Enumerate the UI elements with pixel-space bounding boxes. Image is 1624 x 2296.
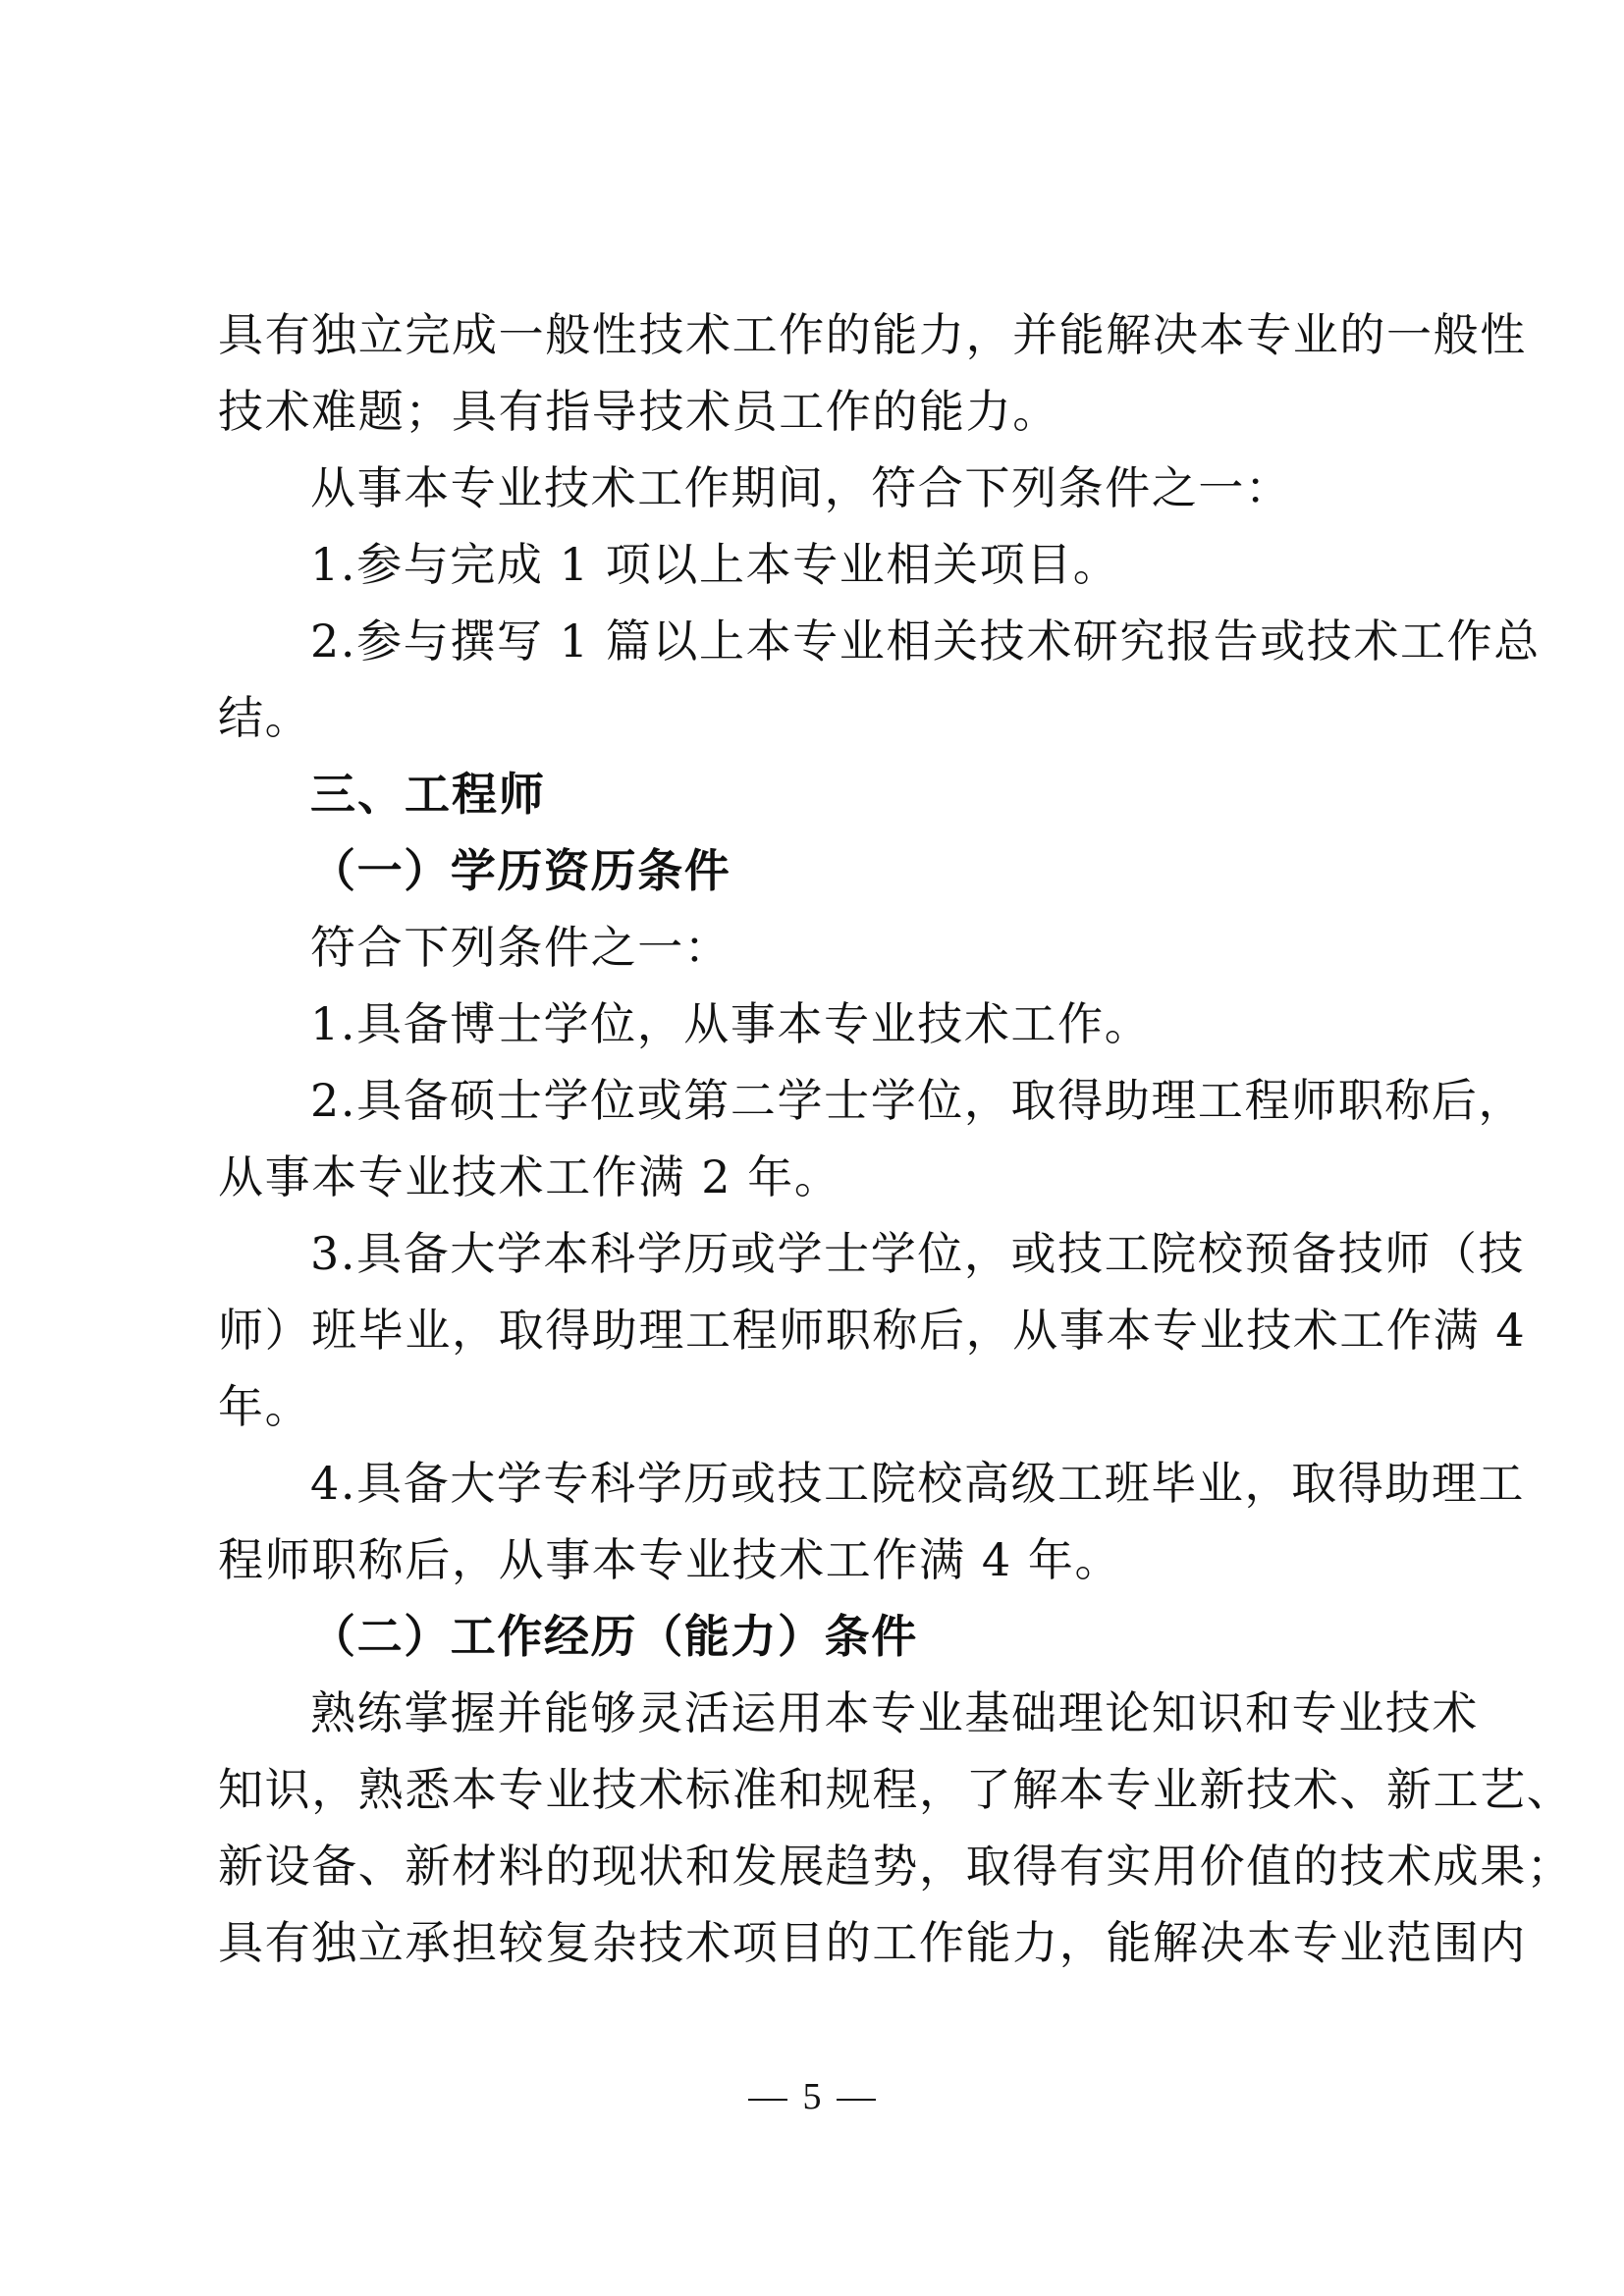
list-item: 4.具备大学专科学历或技工院校高级工班毕业，取得助理工 (218, 1445, 1426, 1522)
list-item: 1.具备博士学位，从事本专业技术工作。 (218, 986, 1426, 1062)
paragraph-line: 新设备、新材料的现状和发展趋势，取得有实用价值的技术成果； (218, 1828, 1426, 1904)
paragraph-line: 符合下列条件之一： (218, 909, 1426, 986)
paragraph-line: 师）班毕业，取得助理工程师职称后，从事本专业技术工作满 4 (218, 1292, 1426, 1368)
list-item: 2.具备硕士学位或第二学士学位，取得助理工程师职称后， (218, 1062, 1426, 1139)
paragraph-line: 年。 (218, 1368, 1426, 1445)
subsection-heading: （二）工作经历（能力）条件 (218, 1598, 1426, 1675)
paragraph-line: 程师职称后，从事本专业技术工作满 4 年。 (218, 1522, 1426, 1598)
list-item: 3.具备大学本科学历或学士学位，或技工院校预备技师（技 (218, 1215, 1426, 1292)
paragraph-line: 从事本专业技术工作期间，符合下列条件之一： (218, 450, 1426, 526)
paragraph-line: 技术难题；具有指导技术员工作的能力。 (218, 373, 1426, 450)
document-page-body: 具有独立完成一般性技术工作的能力，并能解决本专业的一般性 技术难题；具有指导技术… (218, 296, 1426, 1981)
paragraph-line: 结。 (218, 679, 1426, 756)
dash-left-decoration (748, 2099, 787, 2101)
section-heading: 三、工程师 (218, 756, 1426, 832)
page-footer: 5 (0, 2073, 1624, 2120)
list-item: 2.参与撰写 1 篇以上本专业相关技术研究报告或技术工作总 (218, 603, 1426, 679)
list-item: 1.参与完成 1 项以上本专业相关项目。 (218, 526, 1426, 603)
subsection-heading: （一）学历资历条件 (218, 832, 1426, 909)
page-number: 5 (803, 2076, 822, 2117)
paragraph-line: 具有独立承担较复杂技术项目的工作能力，能解决本专业范围内 (218, 1904, 1426, 1981)
dash-right-decoration (837, 2099, 876, 2101)
paragraph-line: 具有独立完成一般性技术工作的能力，并能解决本专业的一般性 (218, 296, 1426, 373)
paragraph-line: 熟练掌握并能够灵活运用本专业基础理论知识和专业技术 (218, 1675, 1426, 1751)
paragraph-line: 知识，熟悉本专业技术标准和规程，了解本专业新技术、新工艺、 (218, 1751, 1426, 1828)
paragraph-line: 从事本专业技术工作满 2 年。 (218, 1139, 1426, 1215)
